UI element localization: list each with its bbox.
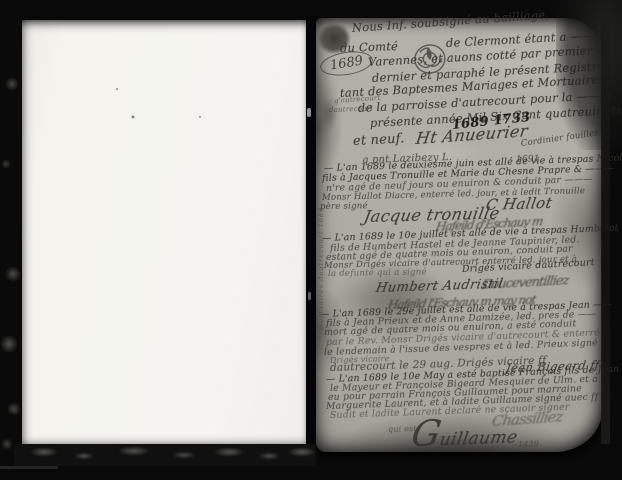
scratch-mark xyxy=(0,466,58,469)
page-fore-edge xyxy=(601,20,610,444)
microfilm-scan: 1689 Nous Inf. soubsigné au bailliage, d… xyxy=(0,0,622,480)
register-line: et neuf. xyxy=(353,132,405,148)
scan-shadow-corner xyxy=(556,0,622,150)
signature: Chassilliez xyxy=(491,409,563,429)
left-blank-page xyxy=(22,20,306,444)
signature: C Hallot xyxy=(485,196,554,213)
signature-date: 1439 xyxy=(518,440,539,449)
paper-specks xyxy=(22,20,306,444)
scan-edge-texture-bottom xyxy=(14,444,316,466)
sewing-notch xyxy=(308,292,311,300)
book-cover-edge xyxy=(0,14,22,464)
entry-line: père signé xyxy=(320,202,368,211)
register-line: du Comté xyxy=(340,41,398,55)
entry-line: la defunte qui a signé xyxy=(328,268,427,278)
sewing-notch xyxy=(307,108,311,117)
signature: Douceventilliez xyxy=(481,274,569,292)
marginal-note: mortuaires dautrecourt 1689 xyxy=(317,190,325,330)
